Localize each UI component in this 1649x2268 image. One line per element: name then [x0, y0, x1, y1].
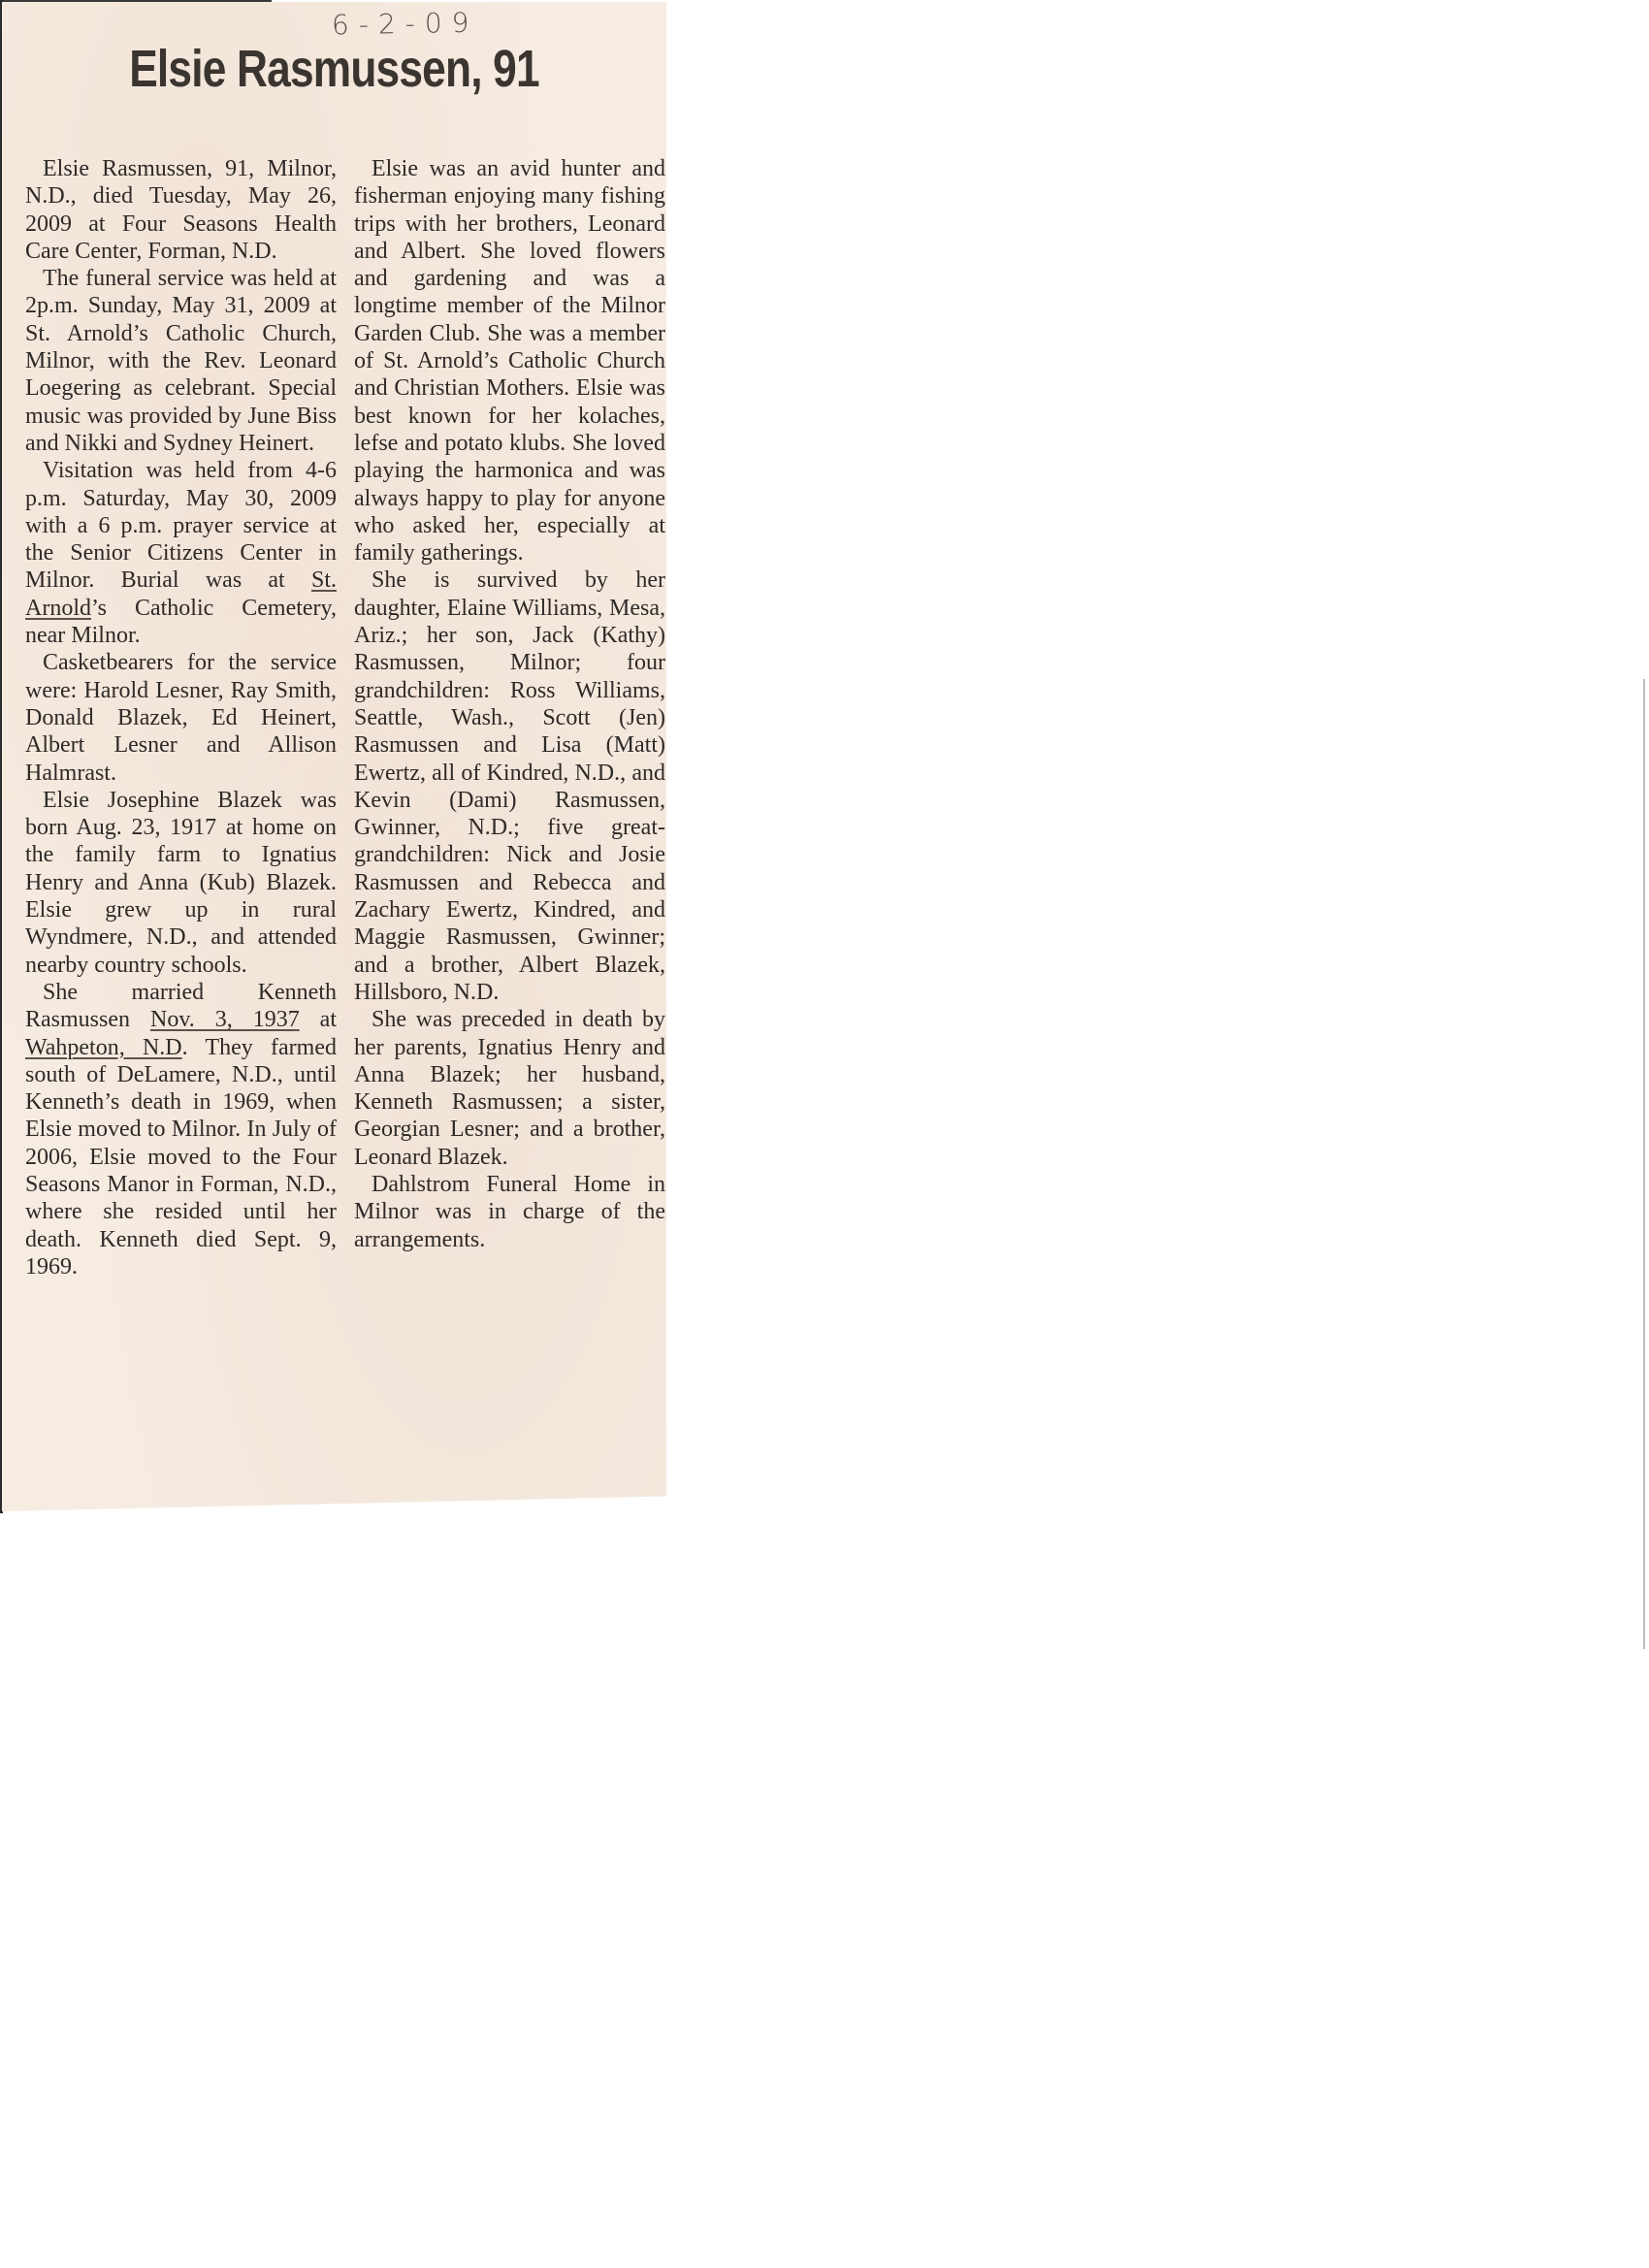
underlined-marriage-date: Nov. 3, 1937	[150, 1007, 300, 1032]
visitation-text: Visitation was held from 4-6 p.m. Saturd…	[25, 458, 337, 593]
underlined-marriage-place: Wahpeton, N.D	[25, 1035, 182, 1060]
scan-edge-right	[1643, 679, 1645, 1649]
paragraph-death-notice: Elsie Rasmussen, 91, Milnor, N.D., died …	[25, 155, 337, 265]
handwritten-date: 6-2-09	[332, 7, 479, 42]
article-columns: Elsie Rasmussen, 91, Milnor, N.D., died …	[25, 155, 665, 1280]
paragraph-casketbearers: Casketbearers for the service were: Haro…	[25, 649, 337, 786]
paragraph-arrangements: Dahlstrom Funeral Home in Milnor was in …	[354, 1171, 665, 1253]
paragraph-marriage: She married Kenneth Rasmussen Nov. 3, 19…	[25, 979, 337, 1280]
marriage-text-b: at	[300, 1007, 337, 1032]
paragraph-visitation-burial: Visitation was held from 4-6 p.m. Saturd…	[25, 457, 337, 649]
visitation-text-b: ’s	[91, 596, 135, 621]
right-column: Elsie was an avid hunter and fisherman e…	[354, 155, 665, 1280]
paragraph-funeral-service: The funeral service was held at 2p.m. Su…	[25, 265, 337, 457]
newspaper-clipping: 6-2-09 Elsie Rasmussen, 91 Elsie Rasmuss…	[2, 2, 666, 1511]
marriage-text-c: . They farmed south of DeLamere, N.D., u…	[25, 1035, 337, 1280]
left-column: Elsie Rasmussen, 91, Milnor, N.D., died …	[25, 155, 337, 1280]
paragraph-survivors: She is survived by her daughter, Elaine …	[354, 567, 665, 1006]
obituary-headline: Elsie Rasmussen, 91	[62, 39, 607, 99]
paragraph-birth: Elsie Josephine Blazek was born Aug. 23,…	[25, 787, 337, 979]
paragraph-hobbies: Elsie was an avid hunter and fisherman e…	[354, 155, 665, 567]
paragraph-preceded: She was preceded in death by her parents…	[354, 1006, 665, 1171]
